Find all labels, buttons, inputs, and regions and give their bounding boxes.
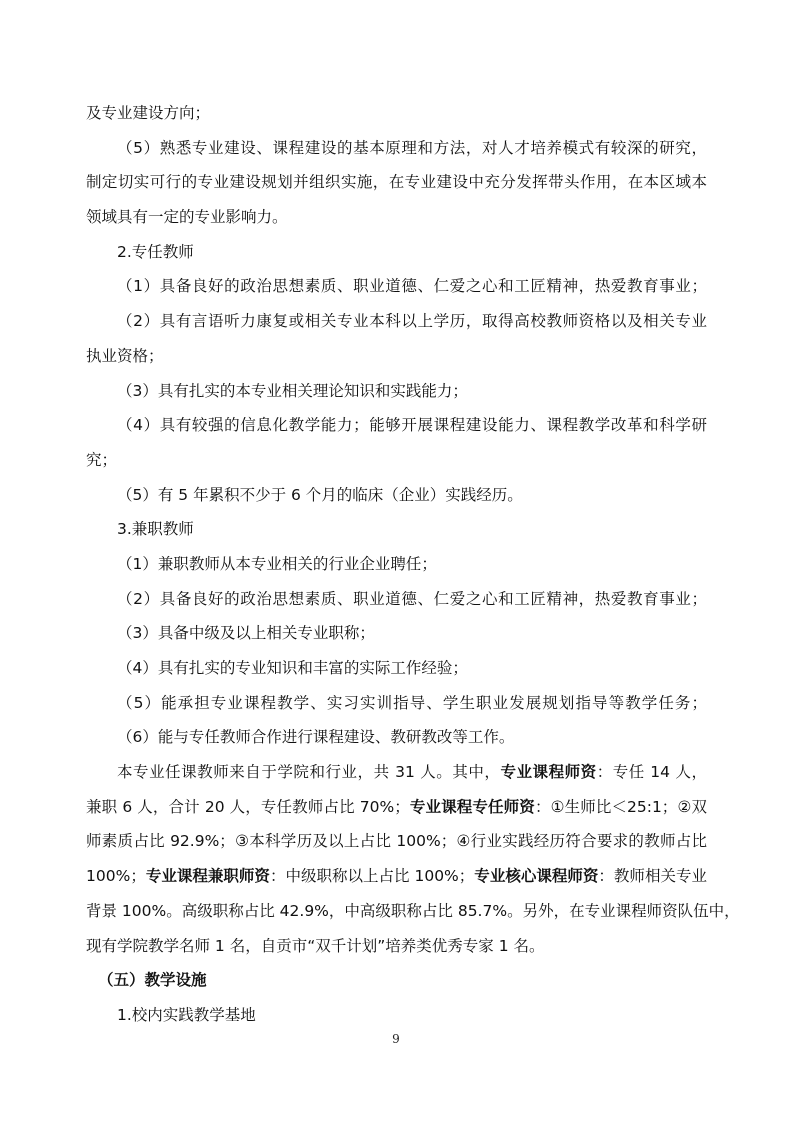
subheading-full-time-teachers: 2.专任教师: [86, 235, 707, 270]
text-span: 本专业任课教师来自于学院和行业，共 31 人。其中，: [117, 763, 500, 781]
text-line: 究；: [86, 443, 707, 478]
faculty-paragraph-line: 师素质占比 92.9%；③本科学历及以上占比 100%；④行业实践经历符合要求的…: [86, 824, 707, 859]
text-span: ：教师相关专业: [598, 867, 707, 885]
faculty-paragraph-line: 兼职 6 人，合计 20 人，专任教师占比 70%；专业课程专任师资：①生师比＜…: [86, 790, 707, 825]
faculty-paragraph-line: 100%；专业课程兼职师资：中级职称以上占比 100%；专业核心课程师资：教师相…: [86, 859, 707, 894]
section-heading: （五）教学设施: [86, 963, 707, 998]
text-span: ：专任 14 人，: [597, 763, 707, 781]
bold-term: 专业课程兼职师资: [146, 867, 270, 885]
text-line: （5）有 5 年累积不少于 6 个月的临床（企业）实践经历。: [86, 478, 707, 513]
bold-term: 专业课程专任师资: [410, 798, 535, 816]
text-line: （4）具有较强的信息化教学能力；能够开展课程建设能力、课程教学改革和科学研: [86, 408, 707, 443]
page-number: 9: [0, 1032, 792, 1046]
faculty-paragraph-line: 背景 100%。高级职称占比 42.9%，中高级职称占比 85.7%。另外，在专…: [86, 894, 707, 929]
text-span: ：①生师比＜25:1；②双: [535, 798, 707, 816]
text-line: 制定切实可行的专业建设规划并组织实施，在专业建设中充分发挥带头作用，在本区域本: [86, 165, 707, 200]
text-span: 100%；: [86, 867, 146, 885]
subheading-part-time-teachers: 3.兼职教师: [86, 512, 707, 547]
text-span: 兼职 6 人，合计 20 人，专任教师占比 70%；: [86, 798, 410, 816]
text-line: （2）具备良好的政治思想素质、职业道德、仁爱之心和工匠精神，热爱教育事业；: [86, 582, 707, 617]
text-line: （1）兼职教师从本专业相关的行业企业聘任；: [86, 547, 707, 582]
text-line: 领域具有一定的专业影响力。: [86, 200, 707, 235]
text-span: 师素质占比 92.9%；③本科学历及以上占比 100%；④行业实践经历符合要求的…: [86, 832, 707, 850]
text-line: （5）熟悉专业建设、课程建设的基本原理和方法，对人才培养模式有较深的研究，: [86, 131, 707, 166]
document-page: 及专业建设方向； （5）熟悉专业建设、课程建设的基本原理和方法，对人才培养模式有…: [86, 96, 707, 1033]
text-line: 执业资格；: [86, 339, 707, 374]
text-line: 及专业建设方向；: [86, 96, 707, 131]
faculty-paragraph-line: 本专业任课教师来自于学院和行业，共 31 人。其中，专业课程师资：专任 14 人…: [86, 755, 707, 790]
text-span: ：中级职称以上占比 100%；: [270, 867, 474, 885]
text-line: （6）能与专任教师合作进行课程建设、教研教改等工作。: [86, 720, 707, 755]
text-line: （4）具有扎实的专业知识和丰富的实际工作经验；: [86, 651, 707, 686]
text-span: 现有学院教学名师 1 名，自贡市“双千计划”培养类优秀专家 1 名。: [86, 937, 545, 955]
faculty-paragraph-line: 现有学院教学名师 1 名，自贡市“双千计划”培养类优秀专家 1 名。: [86, 929, 707, 964]
text-line: （1）具备良好的政治思想素质、职业道德、仁爱之心和工匠精神，热爱教育事业；: [86, 269, 707, 304]
bold-term: 专业课程师资: [500, 763, 596, 781]
text-line: （3）具备中级及以上相关专业职称；: [86, 616, 707, 651]
text-line: （5）能承担专业课程教学、实习实训指导、学生职业发展规划指导等教学任务；: [86, 686, 707, 721]
text-line: （3）具有扎实的本专业相关理论知识和实践能力；: [86, 374, 707, 409]
bold-term: 专业核心课程师资: [474, 867, 598, 885]
text-span: 背景 100%。高级职称占比 42.9%，中高级职称占比 85.7%。另外，在专…: [86, 902, 740, 920]
text-line: （2）具有言语听力康复或相关专业本科以上学历，取得高校教师资格以及相关专业: [86, 304, 707, 339]
subsection-heading: 1.校内实践教学基地: [86, 998, 707, 1033]
